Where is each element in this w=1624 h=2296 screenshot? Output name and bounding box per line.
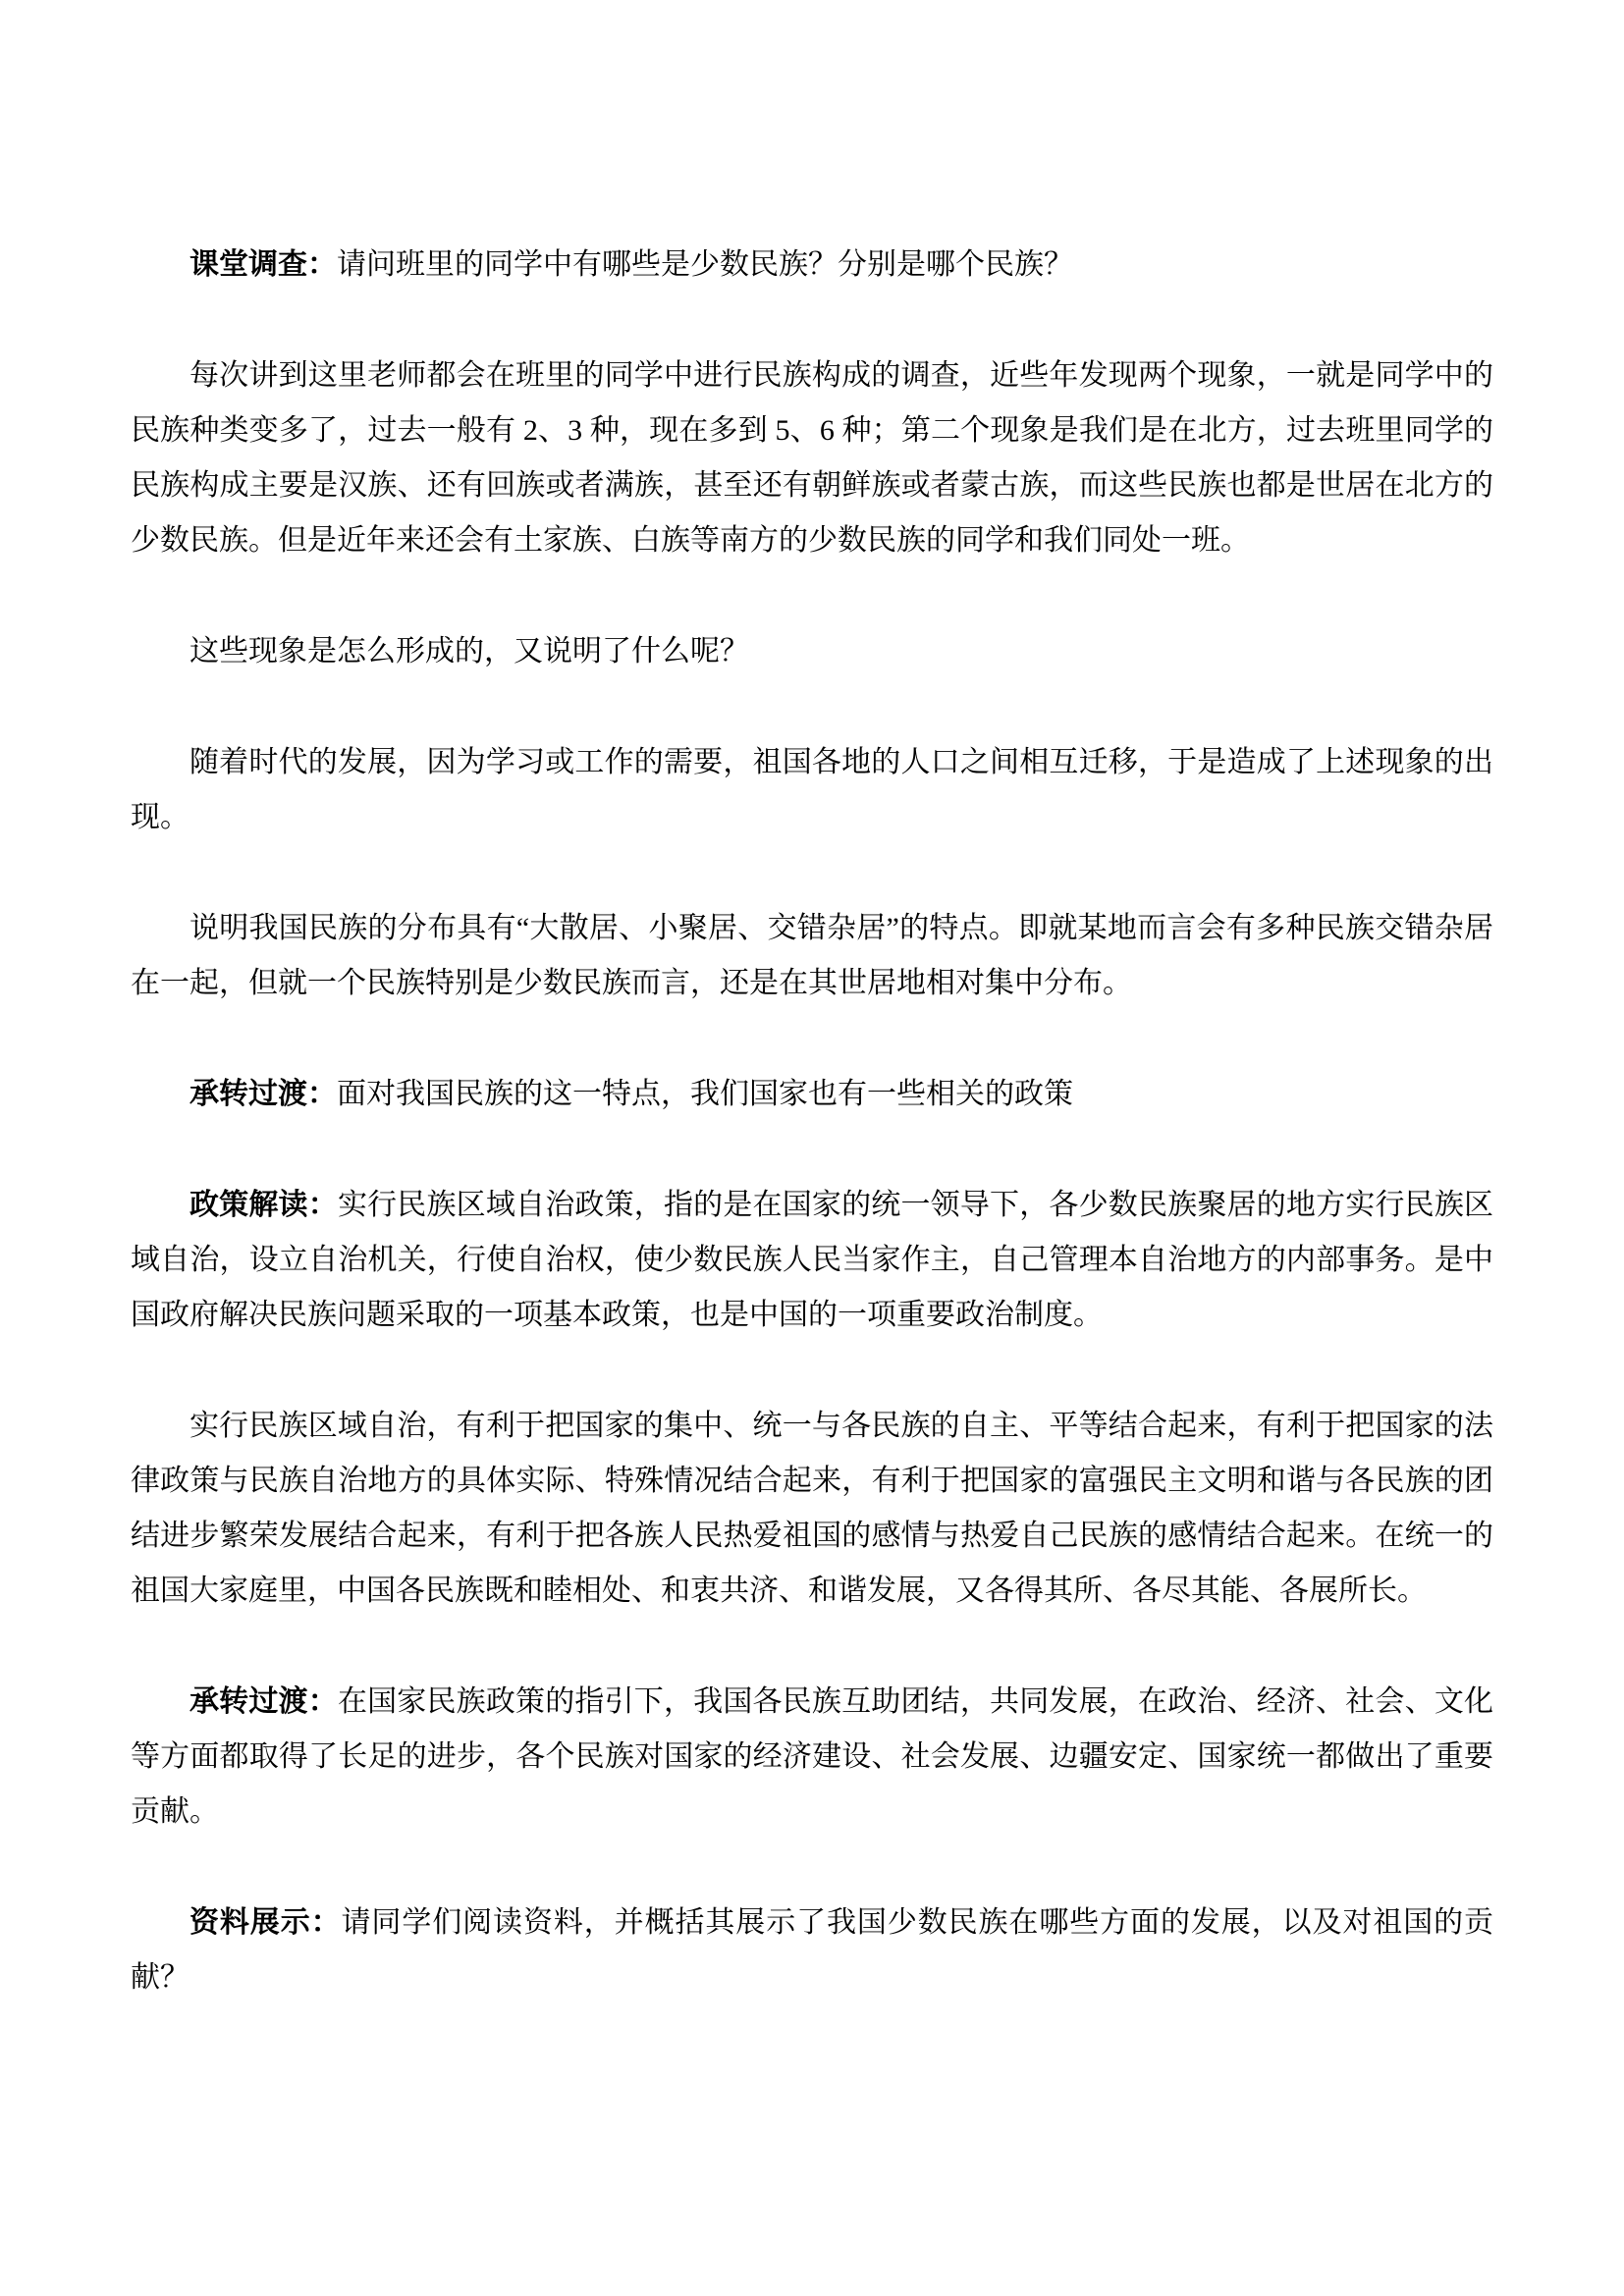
paragraph-classroom-survey-text: 请问班里的同学中有哪些是少数民族？分别是哪个民族？ (337, 248, 1073, 281)
paragraph-survey-findings-text: 每次讲到这里老师都会在班里的同学中进行民族构成的调查，近些年发现两个现象，一就是… (131, 359, 1493, 557)
paragraph-transition-1: 承转过渡：面对我国民族的这一特点，我们国家也有一些相关的政策 (131, 1067, 1493, 1122)
paragraph-survey-findings: 每次讲到这里老师都会在班里的同学中进行民族构成的调查，近些年发现两个现象，一就是… (131, 348, 1493, 568)
paragraph-classroom-survey: 课堂调查：请问班里的同学中有哪些是少数民族？分别是哪个民族？ (131, 238, 1493, 293)
paragraph-transition-1-label: 承转过渡： (189, 1078, 337, 1110)
paragraph-material-display-label: 资料展示： (189, 1906, 342, 1939)
paragraph-autonomy-benefits-text: 实行民族区域自治，有利于把国家的集中、统一与各民族的自主、平等结合起来，有利于把… (131, 1410, 1493, 1607)
paragraph-classroom-survey-label: 课堂调查： (189, 248, 337, 281)
paragraph-transition-2: 承转过渡：在国家民族政策的指引下，我国各民族互助团结，共同发展，在政治、经济、社… (131, 1675, 1493, 1840)
paragraph-transition-1-text: 面对我国民族的这一特点，我们国家也有一些相关的政策 (337, 1078, 1073, 1110)
paragraph-policy-interpretation-label: 政策解读： (189, 1189, 338, 1221)
paragraph-distribution-features-text: 说明我国民族的分布具有“大散居、小聚居、交错杂居”的特点。即就某地而言会有多种民… (131, 912, 1493, 999)
paragraph-question: 这些现象是怎么形成的，又说明了什么呢？ (131, 624, 1493, 679)
paragraph-migration-explanation-text: 随着时代的发展，因为学习或工作的需要，祖国各地的人口之间相互迁移，于是造成了上述… (131, 746, 1493, 833)
paragraph-transition-2-label: 承转过渡： (189, 1685, 338, 1718)
document-page: 课堂调查：请问班里的同学中有哪些是少数民族？分别是哪个民族？ 每次讲到这里老师都… (0, 0, 1624, 2296)
paragraph-migration-explanation: 随着时代的发展，因为学习或工作的需要，祖国各地的人口之间相互迁移，于是造成了上述… (131, 735, 1493, 845)
paragraph-question-text: 这些现象是怎么形成的，又说明了什么呢？ (189, 635, 749, 667)
paragraph-autonomy-benefits: 实行民族区域自治，有利于把国家的集中、统一与各民族的自主、平等结合起来，有利于把… (131, 1399, 1493, 1619)
paragraph-material-display: 资料展示：请同学们阅读资料，并概括其展示了我国少数民族在哪些方面的发展，以及对祖… (131, 1896, 1493, 2005)
paragraph-policy-interpretation: 政策解读：实行民族区域自治政策，指的是在国家的统一领导下，各少数民族聚居的地方实… (131, 1178, 1493, 1343)
paragraph-distribution-features: 说明我国民族的分布具有“大散居、小聚居、交错杂居”的特点。即就某地而言会有多种民… (131, 901, 1493, 1011)
